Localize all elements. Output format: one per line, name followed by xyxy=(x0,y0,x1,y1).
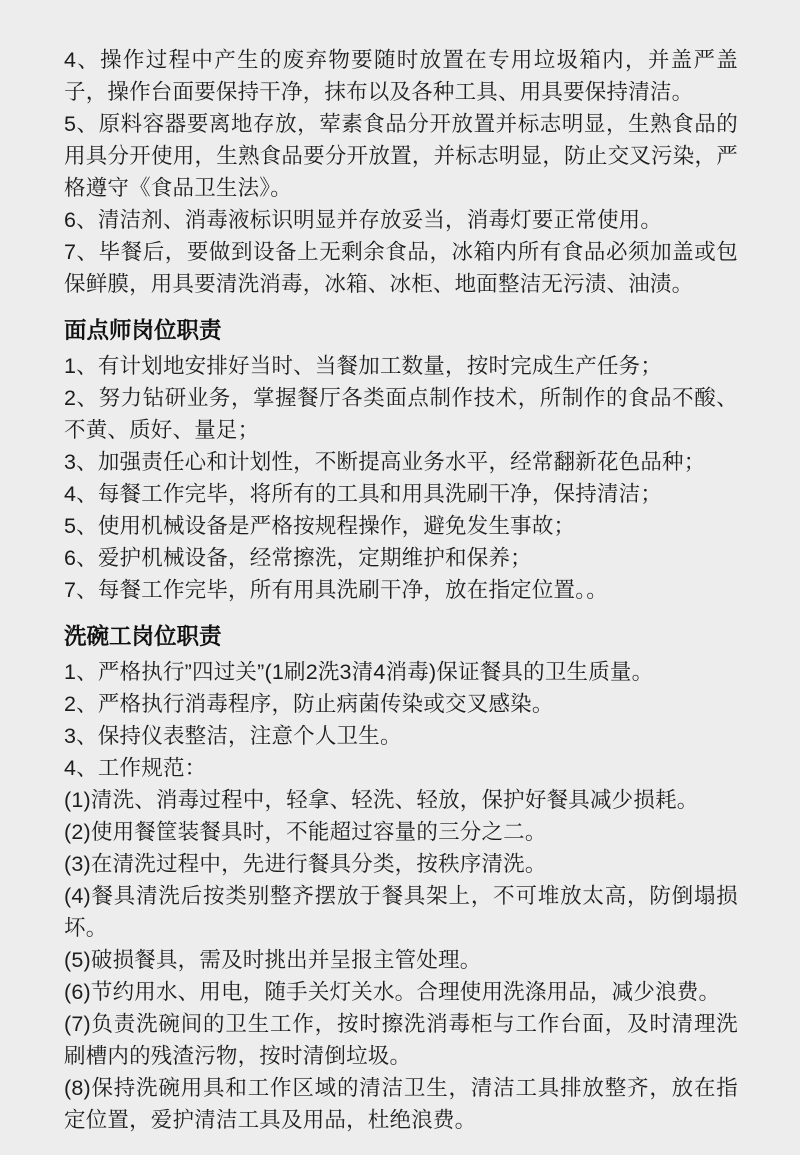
list-item: 6、清洁剂、消毒液标识明显并存放妥当，消毒灯要正常使用。 xyxy=(64,204,738,236)
list-item: 1、严格执行”四过关”(1刷2洗3清4消毒)保证餐具的卫生质量。 xyxy=(64,656,738,688)
list-item: (2)使用餐筐装餐具时，不能超过容量的三分之二。 xyxy=(64,816,738,848)
list-item: (4)餐具清洗后按类别整齐摆放于餐具架上，不可堆放太高，防倒塌损坏。 xyxy=(64,880,738,944)
list-item: 4、每餐工作完毕，将所有的工具和用具洗刷干净，保持清洁； xyxy=(64,478,738,510)
list-item: 4、操作过程中产生的废弃物要随时放置在专用垃圾箱内，并盖严盖子，操作台面要保持干… xyxy=(64,44,738,108)
list-item: 1、有计划地安排好当时、当餐加工数量，按时完成生产任务； xyxy=(64,350,738,382)
list-item: 7、每餐工作完毕，所有用具洗刷干净，放在指定位置。。 xyxy=(64,574,738,606)
list-item: 2、努力钻研业务，掌握餐厅各类面点制作技术，所制作的食品不酸、不黄、质好、量足； xyxy=(64,382,738,446)
document-page: 4、操作过程中产生的废弃物要随时放置在专用垃圾箱内，并盖严盖子，操作台面要保持干… xyxy=(0,0,800,1155)
list-item: 2、严格执行消毒程序，防止病菌传染或交叉感染。 xyxy=(64,688,738,720)
list-item: (7)负责洗碗间的卫生工作，按时擦洗消毒柜与工作台面，及时清理洗刷槽内的残渣污物… xyxy=(64,1008,738,1072)
list-item: (5)破损餐具，需及时挑出并呈报主管处理。 xyxy=(64,944,738,976)
list-item: 4、工作规范： xyxy=(64,752,738,784)
section-heading-dishwasher: 洗碗工岗位职责 xyxy=(64,620,738,653)
list-item: (8)保持洗碗用具和工作区域的清洁卫生，清洁工具排放整齐，放在指定位置，爱护清洁… xyxy=(64,1072,738,1136)
list-item: (1)清洗、消毒过程中，轻拿、轻洗、轻放，保护好餐具减少损耗。 xyxy=(64,784,738,816)
section-heading-pastry-chef: 面点师岗位职责 xyxy=(64,314,738,347)
list-item: 6、爱护机械设备，经常擦洗，定期维护和保养； xyxy=(64,542,738,574)
list-item: 3、加强责任心和计划性，不断提高业务水平，经常翻新花色品种； xyxy=(64,446,738,478)
list-item: (6)节约用水、用电，随手关灯关水。合理使用洗涤用品，减少浪费。 xyxy=(64,976,738,1008)
list-item: (3)在清洗过程中，先进行餐具分类，按秩序清洗。 xyxy=(64,848,738,880)
list-item: 5、原料容器要离地存放，荤素食品分开放置并标志明显，生熟食品的用具分开使用，生熟… xyxy=(64,108,738,204)
list-item: 3、保持仪表整洁，注意个人卫生。 xyxy=(64,720,738,752)
list-item: 7、毕餐后，要做到设备上无剩余食品，冰箱内所有食品必须加盖或包保鲜膜，用具要清洗… xyxy=(64,236,738,300)
list-item: 5、使用机械设备是严格按规程操作，避免发生事故； xyxy=(64,510,738,542)
